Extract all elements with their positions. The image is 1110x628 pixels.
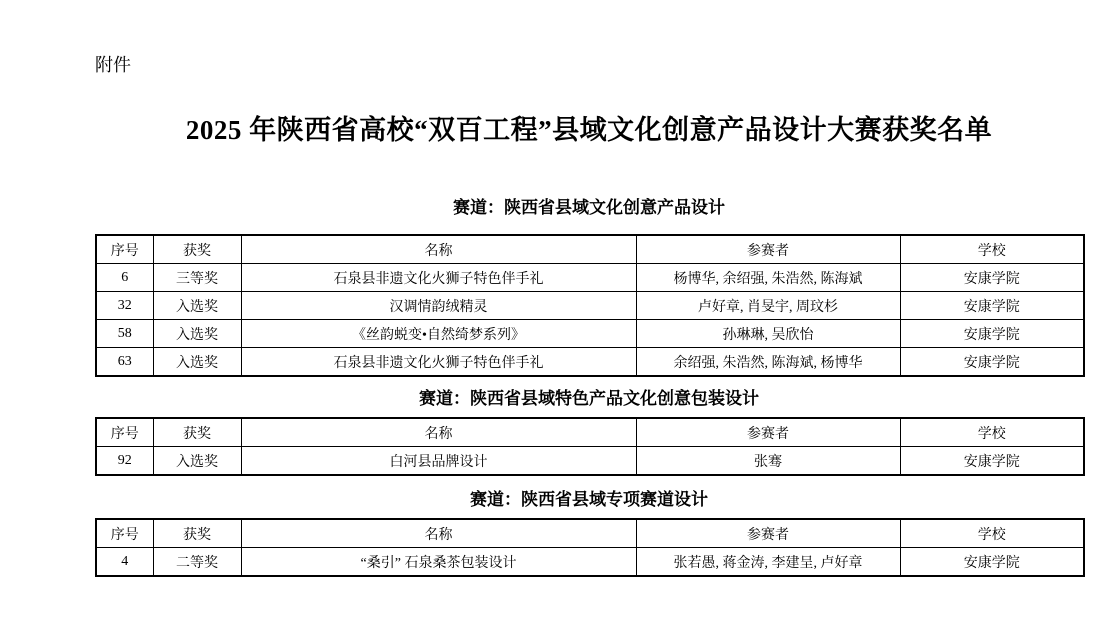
column-header-award: 获奖 (153, 235, 241, 264)
column-header-index: 序号 (96, 418, 153, 447)
column-header-school: 学校 (900, 418, 1084, 447)
cell-name: 石泉县非遗文化火狮子特色伴手礼 (241, 264, 636, 292)
table-row: 63 入选奖 石泉县非遗文化火狮子特色伴手礼 余绍强, 朱浩然, 陈海斌, 杨博… (96, 348, 1084, 377)
cell-award: 三等奖 (153, 264, 241, 292)
cell-name: “桑引” 石泉桑茶包装设计 (241, 548, 636, 577)
column-header-index: 序号 (96, 235, 153, 264)
column-header-name: 名称 (241, 235, 636, 264)
cell-index: 58 (96, 320, 153, 348)
attachment-label: 附件 (95, 54, 1083, 76)
cell-index: 63 (96, 348, 153, 377)
section-title-track-2: 赛道：陕西省县域特色产品文化创意包装设计 (95, 387, 1083, 411)
cell-award: 二等奖 (153, 548, 241, 577)
table-header-row: 序号 获奖 名称 参赛者 学校 (96, 235, 1084, 264)
column-header-index: 序号 (96, 519, 153, 548)
awards-table-track-1: 序号 获奖 名称 参赛者 学校 6 三等奖 石泉县非遗文化火狮子特色伴手礼 杨博… (95, 234, 1085, 377)
cell-participants: 杨博华, 余绍强, 朱浩然, 陈海斌 (636, 264, 900, 292)
table-header-row: 序号 获奖 名称 参赛者 学校 (96, 418, 1084, 447)
cell-name: 石泉县非遗文化火狮子特色伴手礼 (241, 348, 636, 377)
cell-award: 入选奖 (153, 447, 241, 476)
cell-school: 安康学院 (900, 348, 1084, 377)
table-header-row: 序号 获奖 名称 参赛者 学校 (96, 519, 1084, 548)
cell-award: 入选奖 (153, 292, 241, 320)
section-title-track-1: 赛道：陕西省县域文化创意产品设计 (95, 196, 1083, 220)
cell-participants: 张若愚, 蒋金涛, 李建呈, 卢好章 (636, 548, 900, 577)
cell-index: 4 (96, 548, 153, 577)
cell-index: 32 (96, 292, 153, 320)
cell-award: 入选奖 (153, 348, 241, 377)
table-row: 92 入选奖 白河县品牌设计 张骞 安康学院 (96, 447, 1084, 476)
table-row: 32 入选奖 汉调情韵绒精灵 卢好章, 肖旻宇, 周玟杉 安康学院 (96, 292, 1084, 320)
column-header-name: 名称 (241, 418, 636, 447)
cell-name: 汉调情韵绒精灵 (241, 292, 636, 320)
document-page: 附件 2025 年陕西省高校“双百工程”县域文化创意产品设计大赛获奖名单 赛道：… (95, 0, 1083, 577)
cell-participants: 卢好章, 肖旻宇, 周玟杉 (636, 292, 900, 320)
cell-participants: 余绍强, 朱浩然, 陈海斌, 杨博华 (636, 348, 900, 377)
column-header-participants: 参赛者 (636, 235, 900, 264)
awards-table-track-2: 序号 获奖 名称 参赛者 学校 92 入选奖 白河县品牌设计 张骞 安康学院 (95, 417, 1085, 476)
cell-school: 安康学院 (900, 292, 1084, 320)
column-header-award: 获奖 (153, 418, 241, 447)
awards-table-track-3: 序号 获奖 名称 参赛者 学校 4 二等奖 “桑引” 石泉桑茶包装设计 张若愚,… (95, 518, 1085, 577)
cell-award: 入选奖 (153, 320, 241, 348)
cell-index: 6 (96, 264, 153, 292)
document-title: 2025 年陕西省高校“双百工程”县域文化创意产品设计大赛获奖名单 (95, 110, 1083, 150)
cell-index: 92 (96, 447, 153, 476)
column-header-participants: 参赛者 (636, 418, 900, 447)
table-row: 6 三等奖 石泉县非遗文化火狮子特色伴手礼 杨博华, 余绍强, 朱浩然, 陈海斌… (96, 264, 1084, 292)
section-title-track-3: 赛道：陕西省县域专项赛道设计 (95, 488, 1083, 512)
cell-school: 安康学院 (900, 320, 1084, 348)
cell-name: 白河县品牌设计 (241, 447, 636, 476)
table-row: 58 入选奖 《丝韵蜕变•自然绮梦系列》 孙琳琳, 吴欣怡 安康学院 (96, 320, 1084, 348)
cell-name: 《丝韵蜕变•自然绮梦系列》 (241, 320, 636, 348)
cell-school: 安康学院 (900, 548, 1084, 577)
column-header-school: 学校 (900, 519, 1084, 548)
table-row: 4 二等奖 “桑引” 石泉桑茶包装设计 张若愚, 蒋金涛, 李建呈, 卢好章 安… (96, 548, 1084, 577)
cell-school: 安康学院 (900, 447, 1084, 476)
column-header-award: 获奖 (153, 519, 241, 548)
column-header-school: 学校 (900, 235, 1084, 264)
cell-participants: 孙琳琳, 吴欣怡 (636, 320, 900, 348)
column-header-name: 名称 (241, 519, 636, 548)
column-header-participants: 参赛者 (636, 519, 900, 548)
cell-participants: 张骞 (636, 447, 900, 476)
cell-school: 安康学院 (900, 264, 1084, 292)
